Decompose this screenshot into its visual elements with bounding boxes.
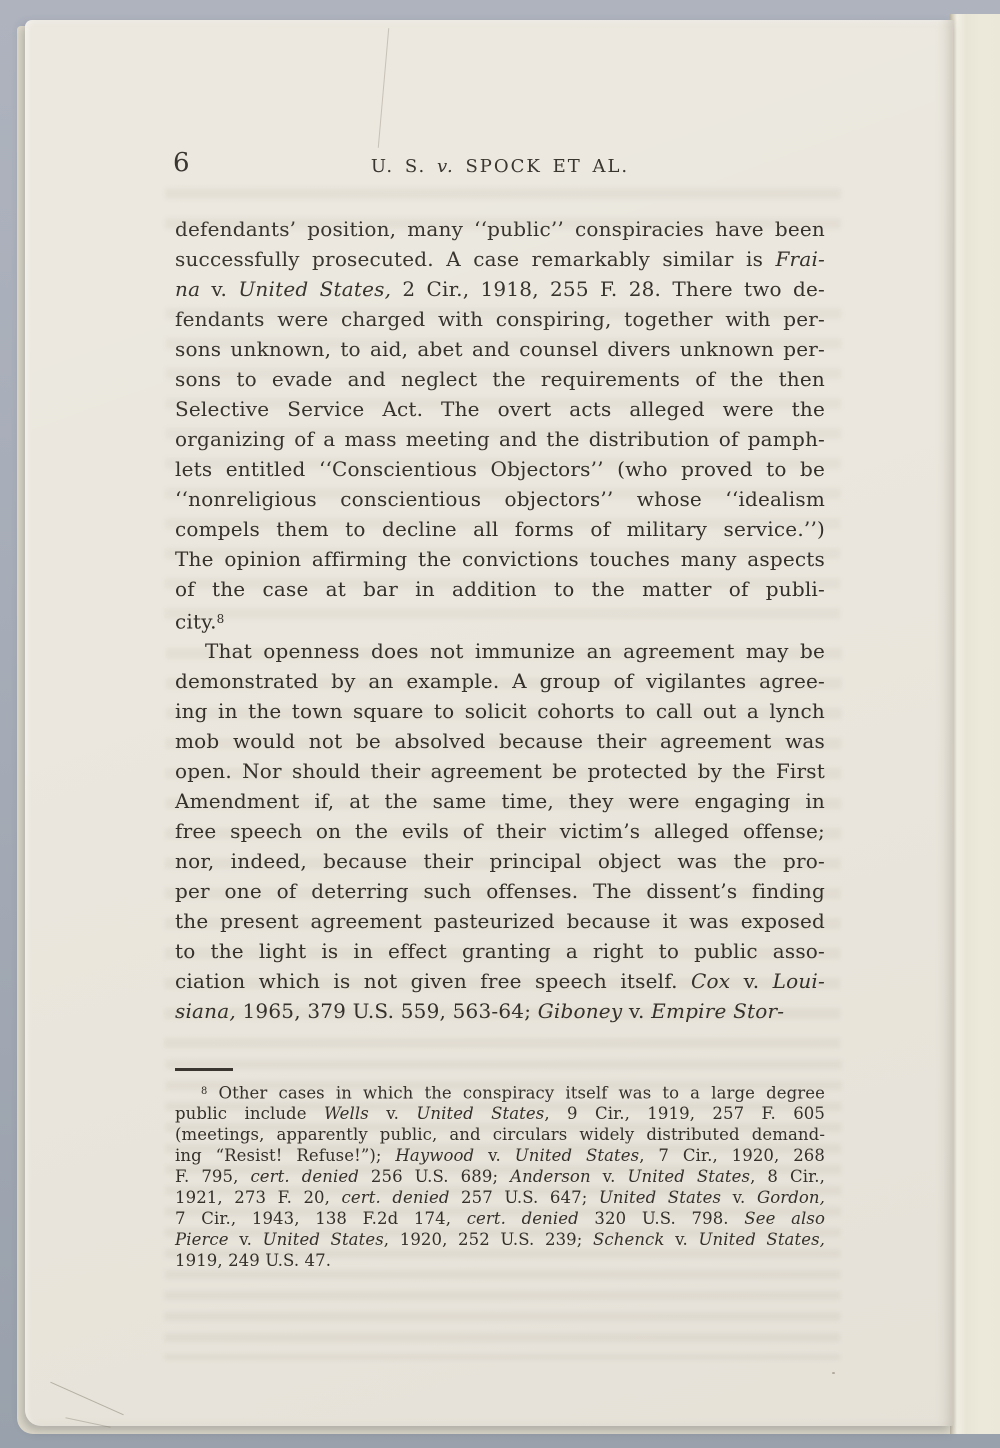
body-line: That openness does not immunize an agree…: [175, 636, 825, 666]
footnote-line: 7 Cir., 1943, 138 F.2d 174, cert. denied…: [175, 1208, 825, 1229]
body-line: the present agreement pasteurized becaus…: [175, 906, 825, 936]
scratch-mark: [50, 1382, 123, 1415]
adjacent-page-edge: [950, 14, 1000, 1434]
document-page: 6 U. S. v. SPOCK ET AL. defendants’ posi…: [25, 20, 953, 1426]
footnote-line: ing “Resist! Refuse!”); Haywood v. Unite…: [175, 1145, 825, 1166]
running-header: U. S. v. SPOCK ET AL.: [175, 156, 825, 177]
body-line: successfully prosecuted. A case remarkab…: [175, 244, 825, 274]
body-line: of the case at bar in addition to the ma…: [175, 574, 825, 604]
body-line: nor, indeed, because their principal obj…: [175, 846, 825, 876]
body-line: to the light is in effect granting a rig…: [175, 936, 825, 966]
footnote-line: public include Wells v. United States, 9…: [175, 1103, 825, 1124]
footnote-line: 8 Other cases in which the conspiracy it…: [175, 1081, 825, 1103]
body-line: open. Nor should their agreement be prot…: [175, 756, 825, 786]
body-line: ‘‘nonreligious conscientious objectors’’…: [175, 484, 825, 514]
body-line: The opinion affirming the convictions to…: [175, 544, 825, 574]
body-line: ing in the town square to solicit cohort…: [175, 696, 825, 726]
photo-background: 6 U. S. v. SPOCK ET AL. defendants’ posi…: [0, 0, 1000, 1448]
body-line: defendants’ position, many ‘‘public’’ co…: [175, 214, 825, 244]
footnote-line: Pierce v. United States, 1920, 252 U.S. …: [175, 1229, 825, 1250]
body-line: compels them to decline all forms of mil…: [175, 514, 825, 544]
footnote-line: (meetings, apparently public, and circul…: [175, 1124, 825, 1145]
body-line: sons to evade and neglect the requiremen…: [175, 364, 825, 394]
body-line: free speech on the evils of their victim…: [175, 816, 825, 846]
body-line: Selective Service Act. The overt acts al…: [175, 394, 825, 424]
body-line: fendants were charged with conspiring, t…: [175, 304, 825, 334]
body-line: siana, 1965, 379 U.S. 559, 563-64; Gibon…: [175, 996, 825, 1026]
footnote-text: 8 Other cases in which the conspiracy it…: [175, 1081, 825, 1271]
body-line: ciation which is not given free speech i…: [175, 966, 825, 996]
footnote-line: 1919, 249 U.S. 47.: [175, 1250, 825, 1271]
body-line: na v. United States, 2 Cir., 1918, 255 F…: [175, 274, 825, 304]
body-line: sons unknown, to aid, abet and counsel d…: [175, 334, 825, 364]
body-line: demonstrated by an example. A group of v…: [175, 666, 825, 696]
body-line: mob would not be absolved because their …: [175, 726, 825, 756]
scratch-mark: [378, 28, 389, 148]
footnote-line: 1921, 273 F. 20, cert. denied 257 U.S. 6…: [175, 1187, 825, 1208]
dust-speck: [832, 1372, 835, 1374]
body-line: per one of deterring such offenses. The …: [175, 876, 825, 906]
body-line: lets entitled ‘‘Conscientious Objectors’…: [175, 454, 825, 484]
body-text: defendants’ position, many ‘‘public’’ co…: [175, 214, 825, 1026]
footnote-line: F. 795, cert. denied 256 U.S. 689; Ander…: [175, 1166, 825, 1187]
body-line: Amendment if, at the same time, they wer…: [175, 786, 825, 816]
body-line: city.8: [175, 604, 825, 636]
body-line: organizing of a mass meeting and the dis…: [175, 424, 825, 454]
footnote-separator: [175, 1068, 233, 1071]
